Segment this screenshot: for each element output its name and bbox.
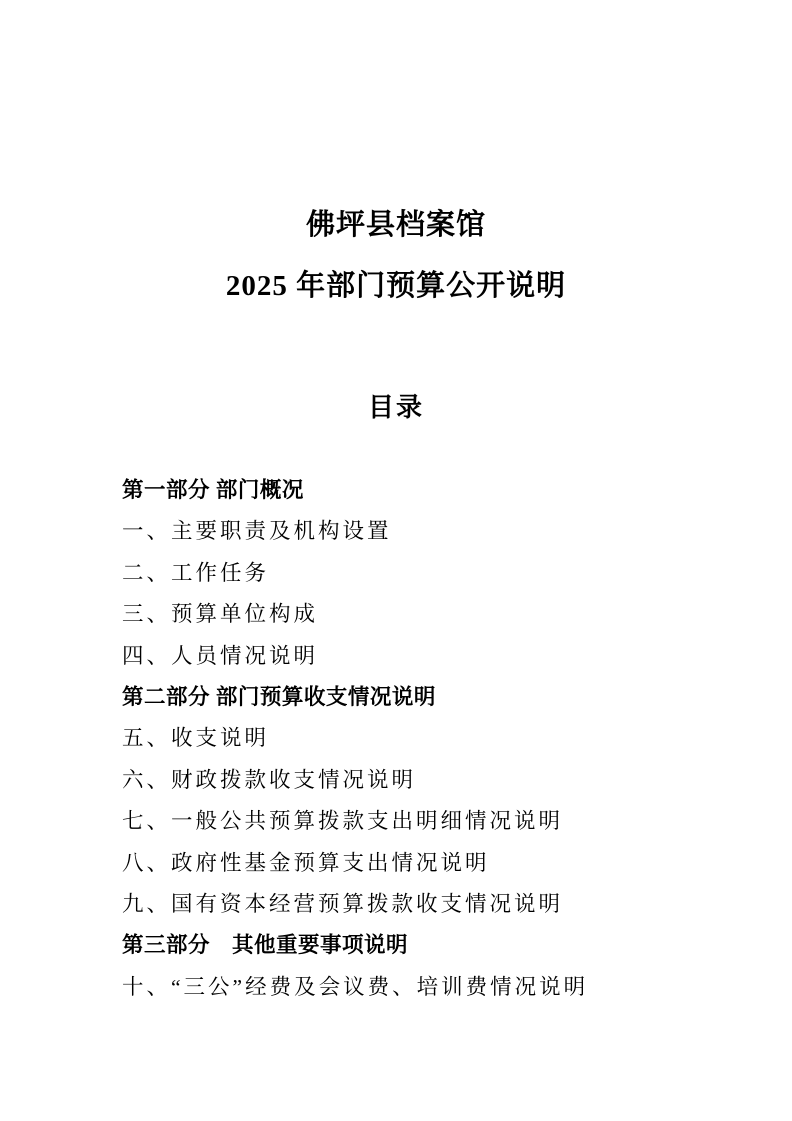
document-page: 佛坪县档案馆 2025 年部门预算公开说明 目录 第一部分 部门概况 一、主要职… [0, 0, 792, 1121]
toc-item-3: 三、预算单位构成 [122, 594, 732, 635]
toc-item-5: 五、收支说明 [122, 718, 732, 759]
toc-section-heading-3: 第三部分 其他重要事项说明 [122, 925, 732, 966]
toc-section-heading-1: 第一部分 部门概况 [122, 470, 732, 511]
toc-item-6: 六、财政拨款收支情况说明 [122, 760, 732, 801]
table-of-contents: 第一部分 部门概况 一、主要职责及机构设置 二、工作任务 三、预算单位构成 四、… [122, 470, 732, 1008]
title-line-1: 佛坪县档案馆 [0, 206, 792, 244]
toc-title: 目录 [0, 391, 792, 425]
toc-item-2: 二、工作任务 [122, 553, 732, 594]
toc-item-9: 九、国有资本经营预算拨款收支情况说明 [122, 884, 732, 925]
toc-section-heading-2: 第二部分 部门预算收支情况说明 [122, 677, 732, 718]
toc-item-4: 四、人员情况说明 [122, 636, 732, 677]
title-line-2: 2025 年部门预算公开说明 [0, 267, 792, 305]
toc-item-8: 八、政府性基金预算支出情况说明 [122, 843, 732, 884]
toc-item-10: 十、“三公”经费及会议费、培训费情况说明 [122, 967, 732, 1008]
document-title: 佛坪县档案馆 2025 年部门预算公开说明 [0, 206, 792, 305]
toc-item-1: 一、主要职责及机构设置 [122, 511, 732, 552]
toc-item-7: 七、一般公共预算拨款支出明细情况说明 [122, 801, 732, 842]
